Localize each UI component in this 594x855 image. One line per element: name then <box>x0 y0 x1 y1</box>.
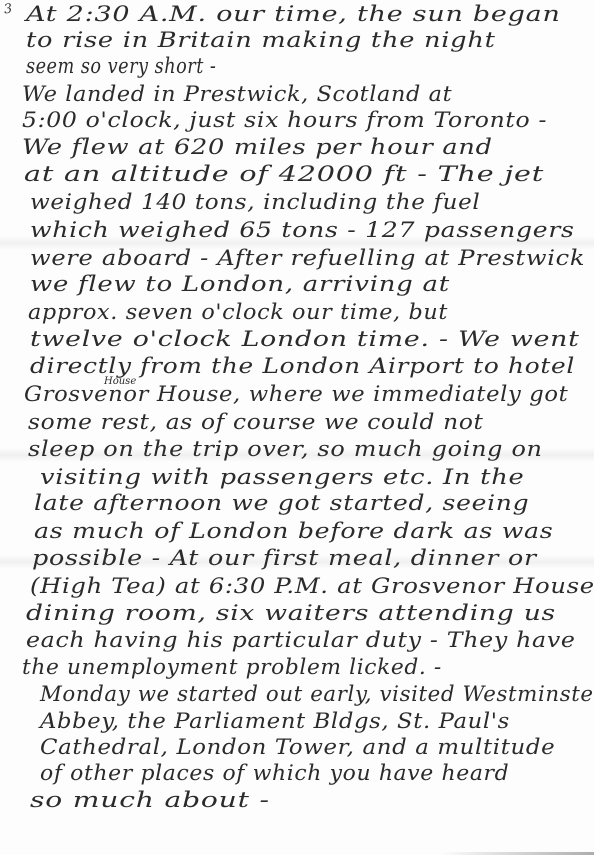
handwritten-line: were aboard - After refuelling at Prestw… <box>30 246 585 270</box>
handwritten-line: we flew to London, arriving at <box>30 272 450 296</box>
handwritten-line: late afternoon we got started, seeing <box>34 491 529 515</box>
handwritten-line: dining room, six waiters attending us <box>26 601 556 625</box>
handwritten-line: visiting with passengers etc. In the <box>40 465 524 489</box>
handwritten-line: to rise in Britain making the night <box>26 28 496 52</box>
letter-page: 3 At 2:30 A.M. our time, the sun beganto… <box>0 0 594 855</box>
handwritten-line: at an altitude of 42000 ft - The jet <box>24 162 544 186</box>
handwritten-line: directly from the London Airport to hote… <box>30 354 575 378</box>
page-number: 3 <box>3 1 13 17</box>
inserted-word: House <box>104 376 136 387</box>
handwritten-line: the unemployment problem licked. - <box>22 655 442 679</box>
handwritten-line: seem so very short - <box>26 54 216 78</box>
handwritten-line: twelve o'clock London time. - We went <box>30 327 580 351</box>
handwritten-line: (High Tea) at 6:30 P.M. at Grosvenor Hou… <box>30 574 594 598</box>
handwritten-line: of other places of which you have heard <box>40 761 509 785</box>
handwritten-line: Cathedral, London Tower, and a multitude <box>40 735 555 759</box>
handwritten-line: which weighed 65 tons - 127 passengers <box>30 218 575 242</box>
handwritten-line: each having his particular duty - They h… <box>26 628 576 652</box>
handwritten-line: Monday we started out early, visited Wes… <box>40 682 594 706</box>
handwritten-line: weighed 140 tons, including the fuel <box>30 190 480 214</box>
handwritten-line: sleep on the trip over, so much going on <box>28 437 543 461</box>
handwritten-line: approx. seven o'clock our time, but <box>28 300 448 324</box>
handwritten-line: possible - At our first meal, dinner or <box>32 546 537 570</box>
handwritten-line: as much of London before dark as was <box>34 519 553 543</box>
handwritten-line: At 2:30 A.M. our time, the sun began <box>26 2 561 26</box>
handwritten-line: Abbey, the Parliament Bldgs, St. Paul's <box>40 709 510 733</box>
handwritten-line: 5:00 o'clock, just six hours from Toront… <box>22 108 547 132</box>
handwritten-line: some rest, as of course we could not <box>28 410 484 434</box>
handwritten-line: We landed in Prestwick, Scotland at <box>22 82 452 106</box>
handwritten-line: We flew at 620 miles per hour and <box>22 135 493 159</box>
handwritten-line: so much about - <box>30 788 270 812</box>
